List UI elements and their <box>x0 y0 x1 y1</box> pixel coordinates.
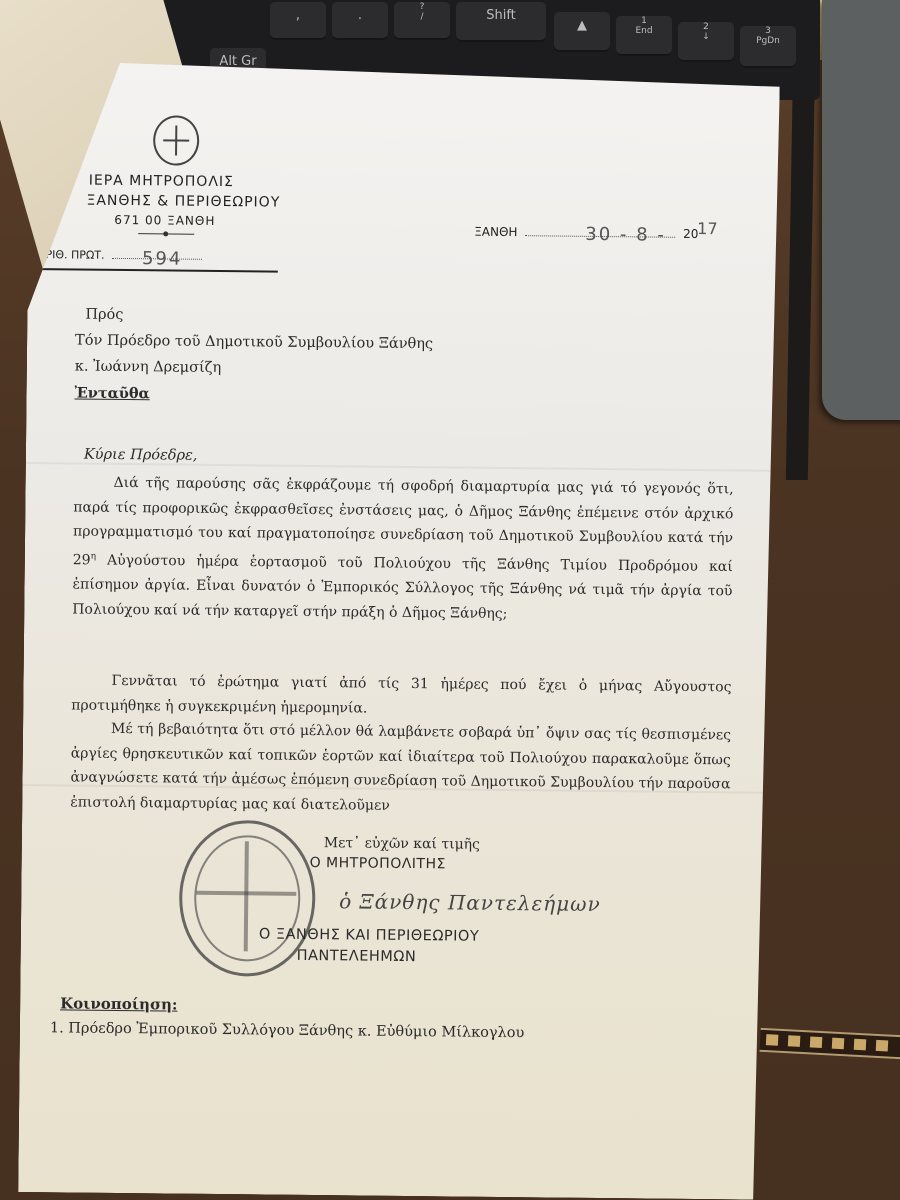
recipient-line3: Ἐνταῦθα <box>74 384 149 402</box>
date-day-month: 30 - 8 - <box>585 224 666 246</box>
signature-closing: Μετ᾽ εὐχῶν καί τιμῆς <box>324 835 480 853</box>
letterhead-line2: ΞΑΝΘΗΣ & ΠΕΡΙΘΕΩΡΙΟΥ <box>86 193 280 211</box>
protocol-number-field: ΑΡΙΘ. ΠΡΩΤ. 594 <box>38 248 202 263</box>
letter-sheet: ΙΕΡΑ ΜΗΤΡΟΠΟΛΙΣ ΞΑΝΘΗΣ & ΠΕΡΙΘΕΩΡΙΟΥ 671… <box>18 62 780 1200</box>
key-comma: , <box>270 2 326 40</box>
recipient-line2: κ. Ἰωάννη Δρεμσίζη <box>75 358 222 376</box>
metropolis-emblem-icon <box>153 115 200 165</box>
key-slash: ?/ <box>394 2 450 40</box>
protocol-number: 594 <box>142 248 183 269</box>
official-seal-icon <box>178 820 316 977</box>
date-line: ΞΑΝΘΗ 30 - 8 - 2017 <box>474 225 698 241</box>
signature-see: Ο ΞΑΝΘΗΣ ΚΑΙ ΠΕΡΙΘΕΩΡΙΟΥ <box>259 926 480 944</box>
cc-title: Κοινοποίηση: <box>60 994 178 1013</box>
signature-name: ΠΑΝΤΕΛΕΗΜΩΝ <box>297 948 417 965</box>
recipient-to: Πρός <box>85 307 123 323</box>
date-city: ΞΑΝΘΗ <box>474 225 517 239</box>
body-paragraph-3: Μέ τή βεβαιότητα ὅτι στό μέλλον θά λαμβά… <box>70 716 731 821</box>
key-arrow-up: ▲ <box>554 12 610 52</box>
body-paragraph-1: Διά τῆς παρούσης σᾶς ἐκφράζουμε τή σφοδρ… <box>72 470 734 628</box>
letterhead-address: 671 00 ΞΑΝΘΗ <box>114 213 215 228</box>
cc-item: 1. Πρόεδρο Ἐμπορικοῦ Συλλόγου Ξάνθης κ. … <box>50 1020 525 1041</box>
date-year-suffix: 17 <box>697 219 718 238</box>
body-paragraph-2: Γεννᾶται τό ἐρώτημα γιατί ἀπό τίς 31 ἡμέ… <box>71 668 731 724</box>
key-3-pgdn: 3PgDn <box>740 26 796 68</box>
key-2-down: 2↓ <box>678 22 734 62</box>
tablet-device <box>822 0 900 420</box>
key-shift: Shift <box>456 2 546 42</box>
key-period: . <box>332 2 388 40</box>
handwritten-signature: ὁ Ξάνθης Παντελεήμων <box>339 889 601 916</box>
salutation: Κύριε Πρόεδρε, <box>84 447 198 464</box>
recipient-line1: Τόν Πρόεδρο τοῦ Δημοτικοῦ Συμβουλίου Ξάν… <box>75 332 433 352</box>
letterhead-line1: ΙΕΡΑ ΜΗΤΡΟΠΟΛΙΣ <box>89 173 234 191</box>
key-1-end: 1End <box>616 16 672 56</box>
signature-title: Ο ΜΗΤΡΟΠΟΛΙΤΗΣ <box>310 855 446 872</box>
letterhead-rule <box>28 268 278 273</box>
letterhead-ornament <box>138 233 194 235</box>
